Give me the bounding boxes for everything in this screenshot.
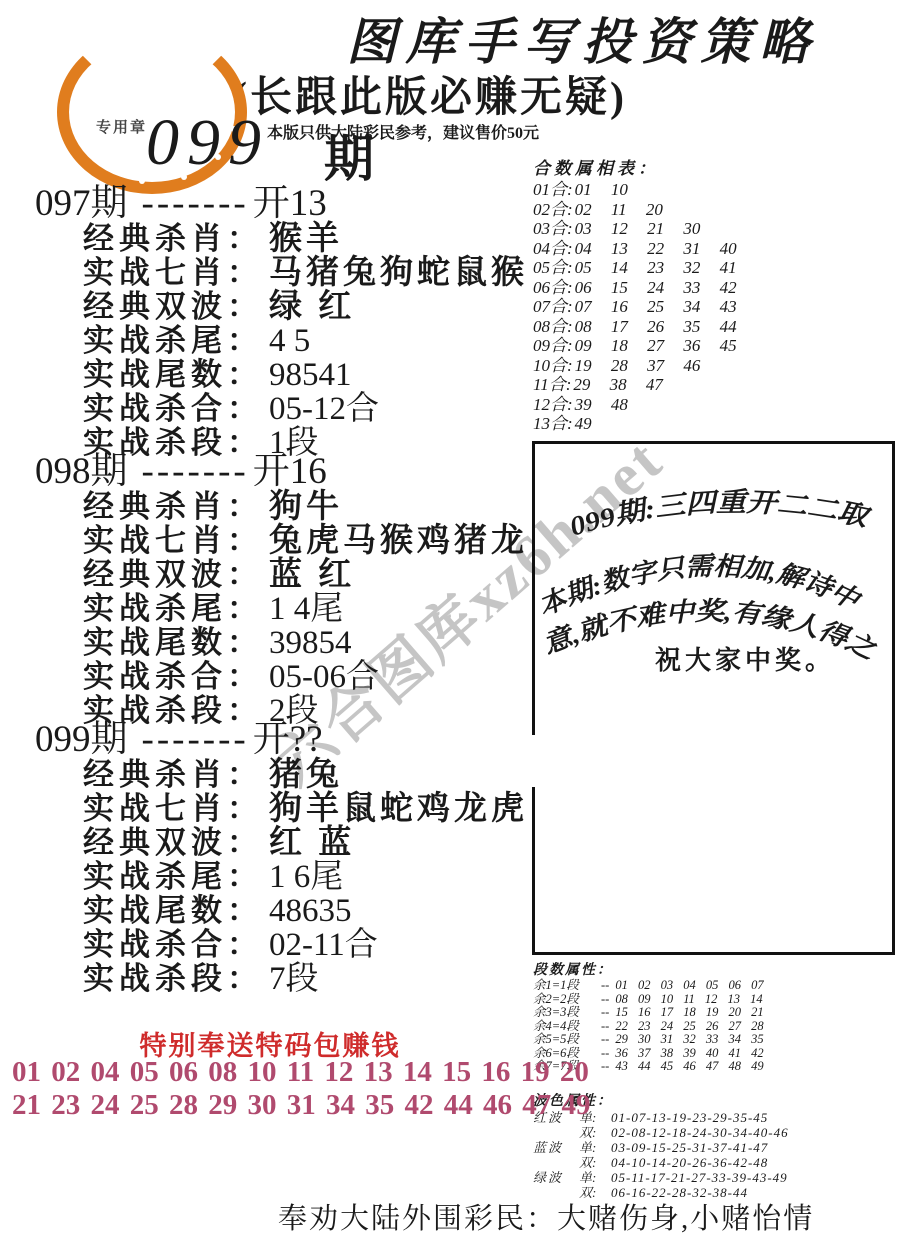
row-seven-zodiac: 实战七肖：兔虎马猴鸡猪龙 bbox=[35, 524, 535, 558]
sum-row: 02合:02 11 20 bbox=[533, 200, 737, 220]
row-tail-nums: 实战尾数：39854 bbox=[35, 626, 535, 660]
row-tail-nums: 实战尾数：98541 bbox=[35, 358, 535, 392]
dashes: ------- bbox=[142, 183, 249, 224]
wave-row-green-odd: 绿波单:05-11-17-21-27-33-39-43-49 bbox=[533, 1170, 789, 1185]
sum-row: 12合:39 48 bbox=[533, 395, 737, 415]
row-kill-sum: 实战杀合：02-11合 bbox=[35, 928, 535, 962]
segment-row: 余2=2段--08 09 10 11 12 13 14 bbox=[533, 993, 764, 1007]
section-098: 098期-------开16 经典杀肖：狗牛 实战七肖：兔虎马猴鸡猪龙 经典双波… bbox=[35, 454, 535, 728]
issue-label: 098期 bbox=[35, 451, 128, 492]
section-header: 098期-------开16 bbox=[35, 454, 535, 490]
dashes: ------- bbox=[142, 719, 249, 760]
special-numbers-line-1: 01 02 04 05 06 08 10 11 12 13 14 15 16 1… bbox=[12, 1056, 527, 1089]
arc-text-graphic: 099期:三四重开二二取 本期:数字只需相加,解诗中之 意,就不难中奖,有缘人得… bbox=[535, 444, 892, 952]
prediction-message-box: 099期:三四重开二二取 本期:数字只需相加,解诗中之 意,就不难中奖,有缘人得… bbox=[532, 441, 895, 955]
price-note: 本版只供大陆彩民参考，建议售价50元 bbox=[263, 120, 543, 143]
open-result: 开?? bbox=[253, 719, 323, 760]
sum-row: 05合:05 14 23 32 41 bbox=[533, 258, 737, 278]
row-kill-zodiac: 经典杀肖：猪兔 bbox=[35, 758, 535, 792]
sum-row: 06合:06 15 24 33 42 bbox=[533, 278, 737, 298]
segment-row: 余3=3段--15 16 17 18 19 20 21 bbox=[533, 1006, 764, 1020]
segment-row: 余1=1段--01 02 03 04 05 06 07 bbox=[533, 979, 764, 993]
special-numbers: 01 02 04 05 06 08 10 11 12 13 14 15 16 1… bbox=[12, 1056, 527, 1122]
row-seven-zodiac: 实战七肖：马猪兔狗蛇鼠猴 bbox=[35, 256, 535, 290]
row-kill-sum: 实战杀合：05-06合 bbox=[35, 660, 535, 694]
arc-line-1: 099期:三四重开二二取 bbox=[566, 487, 874, 542]
sum-row: 07合:07 16 25 34 43 bbox=[533, 297, 737, 317]
row-kill-sum: 实战杀合：05-12合 bbox=[35, 392, 535, 426]
section-header: 099期-------开?? bbox=[35, 722, 535, 758]
current-issue-number: 099 bbox=[146, 110, 269, 176]
sum-row: 08合:08 17 26 35 44 bbox=[533, 317, 737, 337]
svg-text:099期:三四重开二二取: 099期:三四重开二二取 bbox=[566, 487, 874, 542]
sum-row: 09合:09 18 27 36 45 bbox=[533, 336, 737, 356]
segment-table-title: 段数属性： bbox=[533, 962, 764, 979]
sum-zodiac-table: 合数属相表： 01合:01 10 02合:02 11 20 03合:03 12 … bbox=[533, 158, 737, 434]
sum-row: 03合:03 12 21 30 bbox=[533, 219, 737, 239]
open-result: 开16 bbox=[253, 451, 327, 492]
footer-warning: 奉劝大陆外围彩民：大赌伤身,小赌怡情 bbox=[278, 1196, 814, 1237]
stamp-dot bbox=[77, 130, 83, 136]
sum-row: 13合:49 bbox=[533, 414, 737, 434]
row-seven-zodiac: 实战七肖：狗羊鼠蛇鸡龙虎 bbox=[35, 792, 535, 826]
section-099: 099期-------开?? 经典杀肖：猪兔 实战七肖：狗羊鼠蛇鸡龙虎 经典双波… bbox=[35, 722, 535, 996]
section-header: 097期-------开13 bbox=[35, 186, 535, 222]
wave-row-red-even: 双:02-08-12-18-24-30-34-40-46 bbox=[533, 1125, 789, 1140]
dashes: ------- bbox=[142, 451, 249, 492]
row-double-wave: 经典双波：红 蓝 bbox=[35, 826, 535, 860]
row-double-wave: 经典双波：绿 红 bbox=[35, 290, 535, 324]
stamp-label: 专用章 bbox=[96, 116, 147, 137]
segment-row: 余5=5段--29 30 31 32 33 34 35 bbox=[533, 1033, 764, 1047]
current-issue-suffix: 期 bbox=[324, 134, 374, 184]
open-result: 开13 bbox=[253, 183, 327, 224]
sum-row: 01合:01 10 bbox=[533, 180, 737, 200]
row-kill-tail: 实战杀尾：1 6尾 bbox=[35, 860, 535, 894]
issue-label: 097期 bbox=[35, 183, 128, 224]
row-kill-tail: 实战杀尾：1 4尾 bbox=[35, 592, 535, 626]
issue-label: 099期 bbox=[35, 719, 128, 760]
sum-row: 10合:19 28 37 46 bbox=[533, 356, 737, 376]
wave-row-blue-even: 双:04-10-14-20-26-36-42-48 bbox=[533, 1155, 789, 1170]
tip-sheet-page: 六合图库xz6h.net 图库手写投资策略 (长跟此版必赚无疑) 本版只供大陆彩… bbox=[0, 0, 900, 1241]
sum-row: 11合:29 38 47 bbox=[533, 375, 737, 395]
section-097: 097期-------开13 经典杀肖：猴羊 实战七肖：马猪兔狗蛇鼠猴 经典双波… bbox=[35, 186, 535, 460]
row-kill-zodiac: 经典杀肖：猴羊 bbox=[35, 222, 535, 256]
sum-row: 04合:04 13 22 31 40 bbox=[533, 239, 737, 259]
wave-row-blue-odd: 蓝波单:03-09-15-25-31-37-41-47 bbox=[533, 1140, 789, 1155]
row-kill-tail: 实战杀尾：4 5 bbox=[35, 324, 535, 358]
row-kill-segment: 实战杀段：7段 bbox=[35, 962, 535, 996]
stamp-dot bbox=[99, 160, 105, 166]
row-tail-nums: 实战尾数：48635 bbox=[35, 894, 535, 928]
sum-table-title: 合数属相表： bbox=[533, 158, 737, 180]
row-kill-zodiac: 经典杀肖：狗牛 bbox=[35, 490, 535, 524]
special-numbers-line-2: 21 23 24 25 28 29 30 31 34 35 42 44 46 4… bbox=[12, 1089, 527, 1122]
wish-text: 祝大家中奖。 bbox=[655, 640, 835, 677]
row-double-wave: 经典双波：蓝 红 bbox=[35, 558, 535, 592]
segment-row: 余4=4段--22 23 24 25 26 27 28 bbox=[533, 1020, 764, 1034]
